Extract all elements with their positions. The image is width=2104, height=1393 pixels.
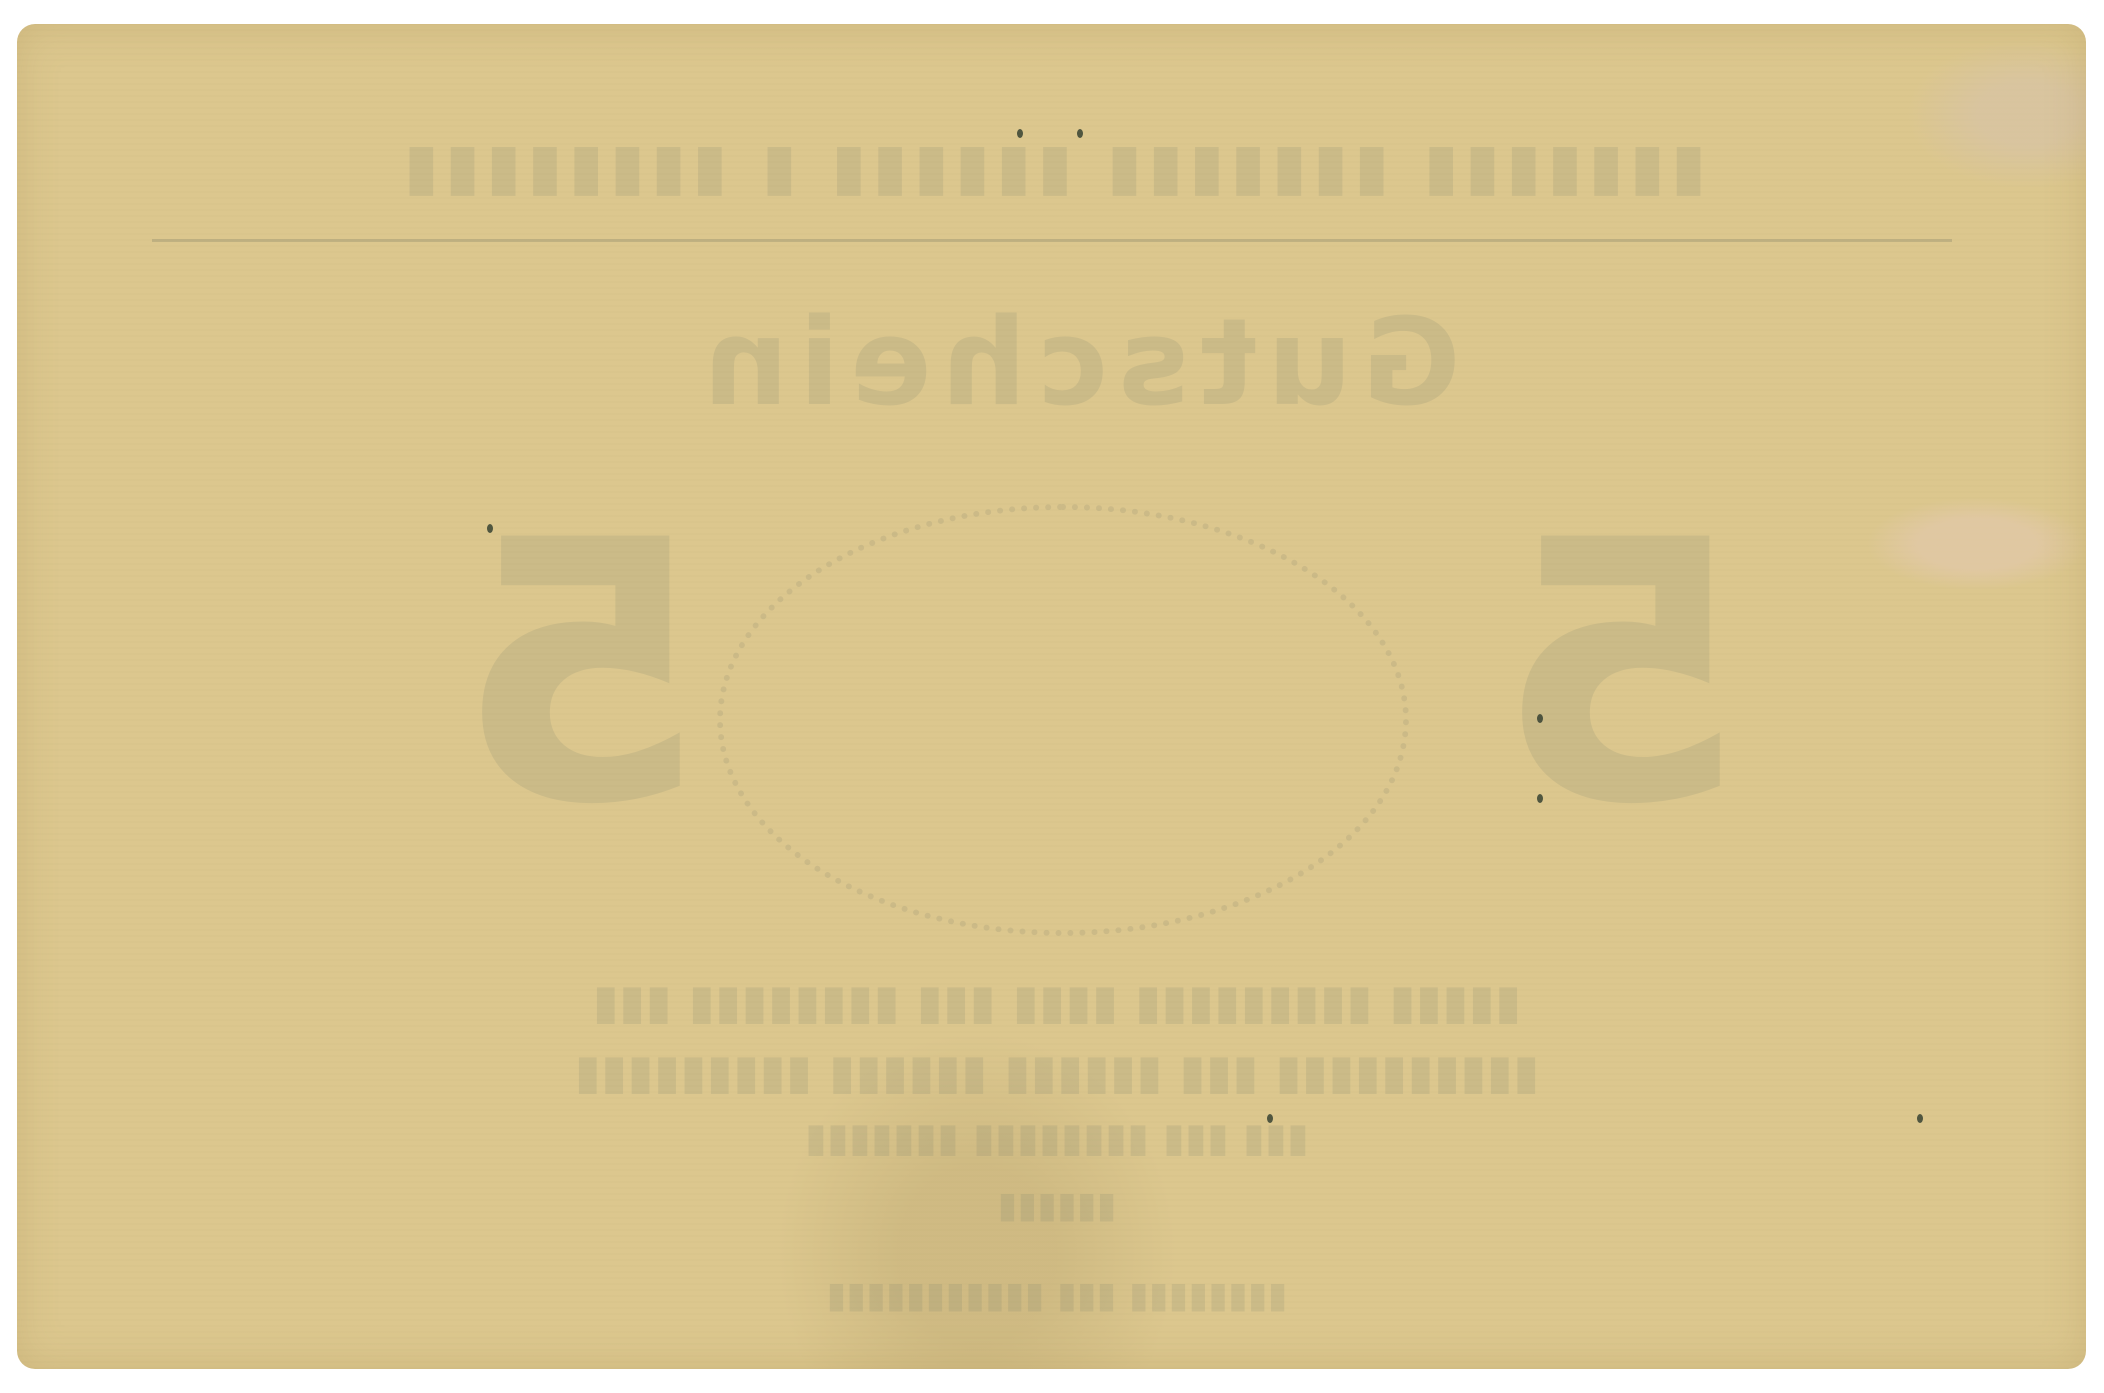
ink-speck <box>1917 1114 1923 1123</box>
bleed-denomination-left: 5 <box>457 464 708 883</box>
bleed-denomination-right: 5 <box>1497 464 1748 883</box>
ink-speck <box>1077 129 1083 138</box>
bleed-line: ▮▮▮ ▮▮▮ ▮▮▮▮▮▮▮▮ ▮▮▮▮▮▮▮ <box>157 1114 1957 1161</box>
bleed-rosette <box>717 504 1409 936</box>
ink-speck <box>1537 794 1543 803</box>
ink-speck <box>1537 714 1543 723</box>
bleed-heading: ▮▮▮▮▮▮▮ ▮▮▮▮▮▮▮ ▮▮▮▮▮▮ ▮ ▮▮▮▮▮▮▮▮ <box>147 129 1957 204</box>
bleed-line: ▮▮▮▮▮ ▮▮▮▮▮▮▮▮▮ ▮▮▮▮ ▮▮▮ ▮▮▮▮▮▮▮▮ ▮▮▮ <box>157 974 1957 1030</box>
banknote-reverse: ▮▮▮▮▮▮▮ ▮▮▮▮▮▮▮ ▮▮▮▮▮▮ ▮ ▮▮▮▮▮▮▮▮ Gutsch… <box>17 24 2086 1369</box>
bleed-line: ▮▮▮▮▮▮▮▮ ▮▮▮ ▮▮▮▮▮▮▮▮▮▮▮ <box>157 1274 1957 1316</box>
bleed-title: Gutschein <box>577 294 1577 433</box>
ink-speck <box>487 524 493 533</box>
bleed-line: ▮▮▮▮▮▮ <box>157 1184 1957 1226</box>
ink-speck <box>1017 129 1023 138</box>
bleed-rule <box>152 239 1952 242</box>
bleed-line: ▮▮▮▮▮▮▮▮▮▮ ▮▮▮ ▮▮▮▮▮▮ ▮▮▮▮▮▮ ▮▮▮▮▮▮▮▮▮ <box>157 1044 1957 1100</box>
ink-speck <box>1267 1114 1273 1123</box>
